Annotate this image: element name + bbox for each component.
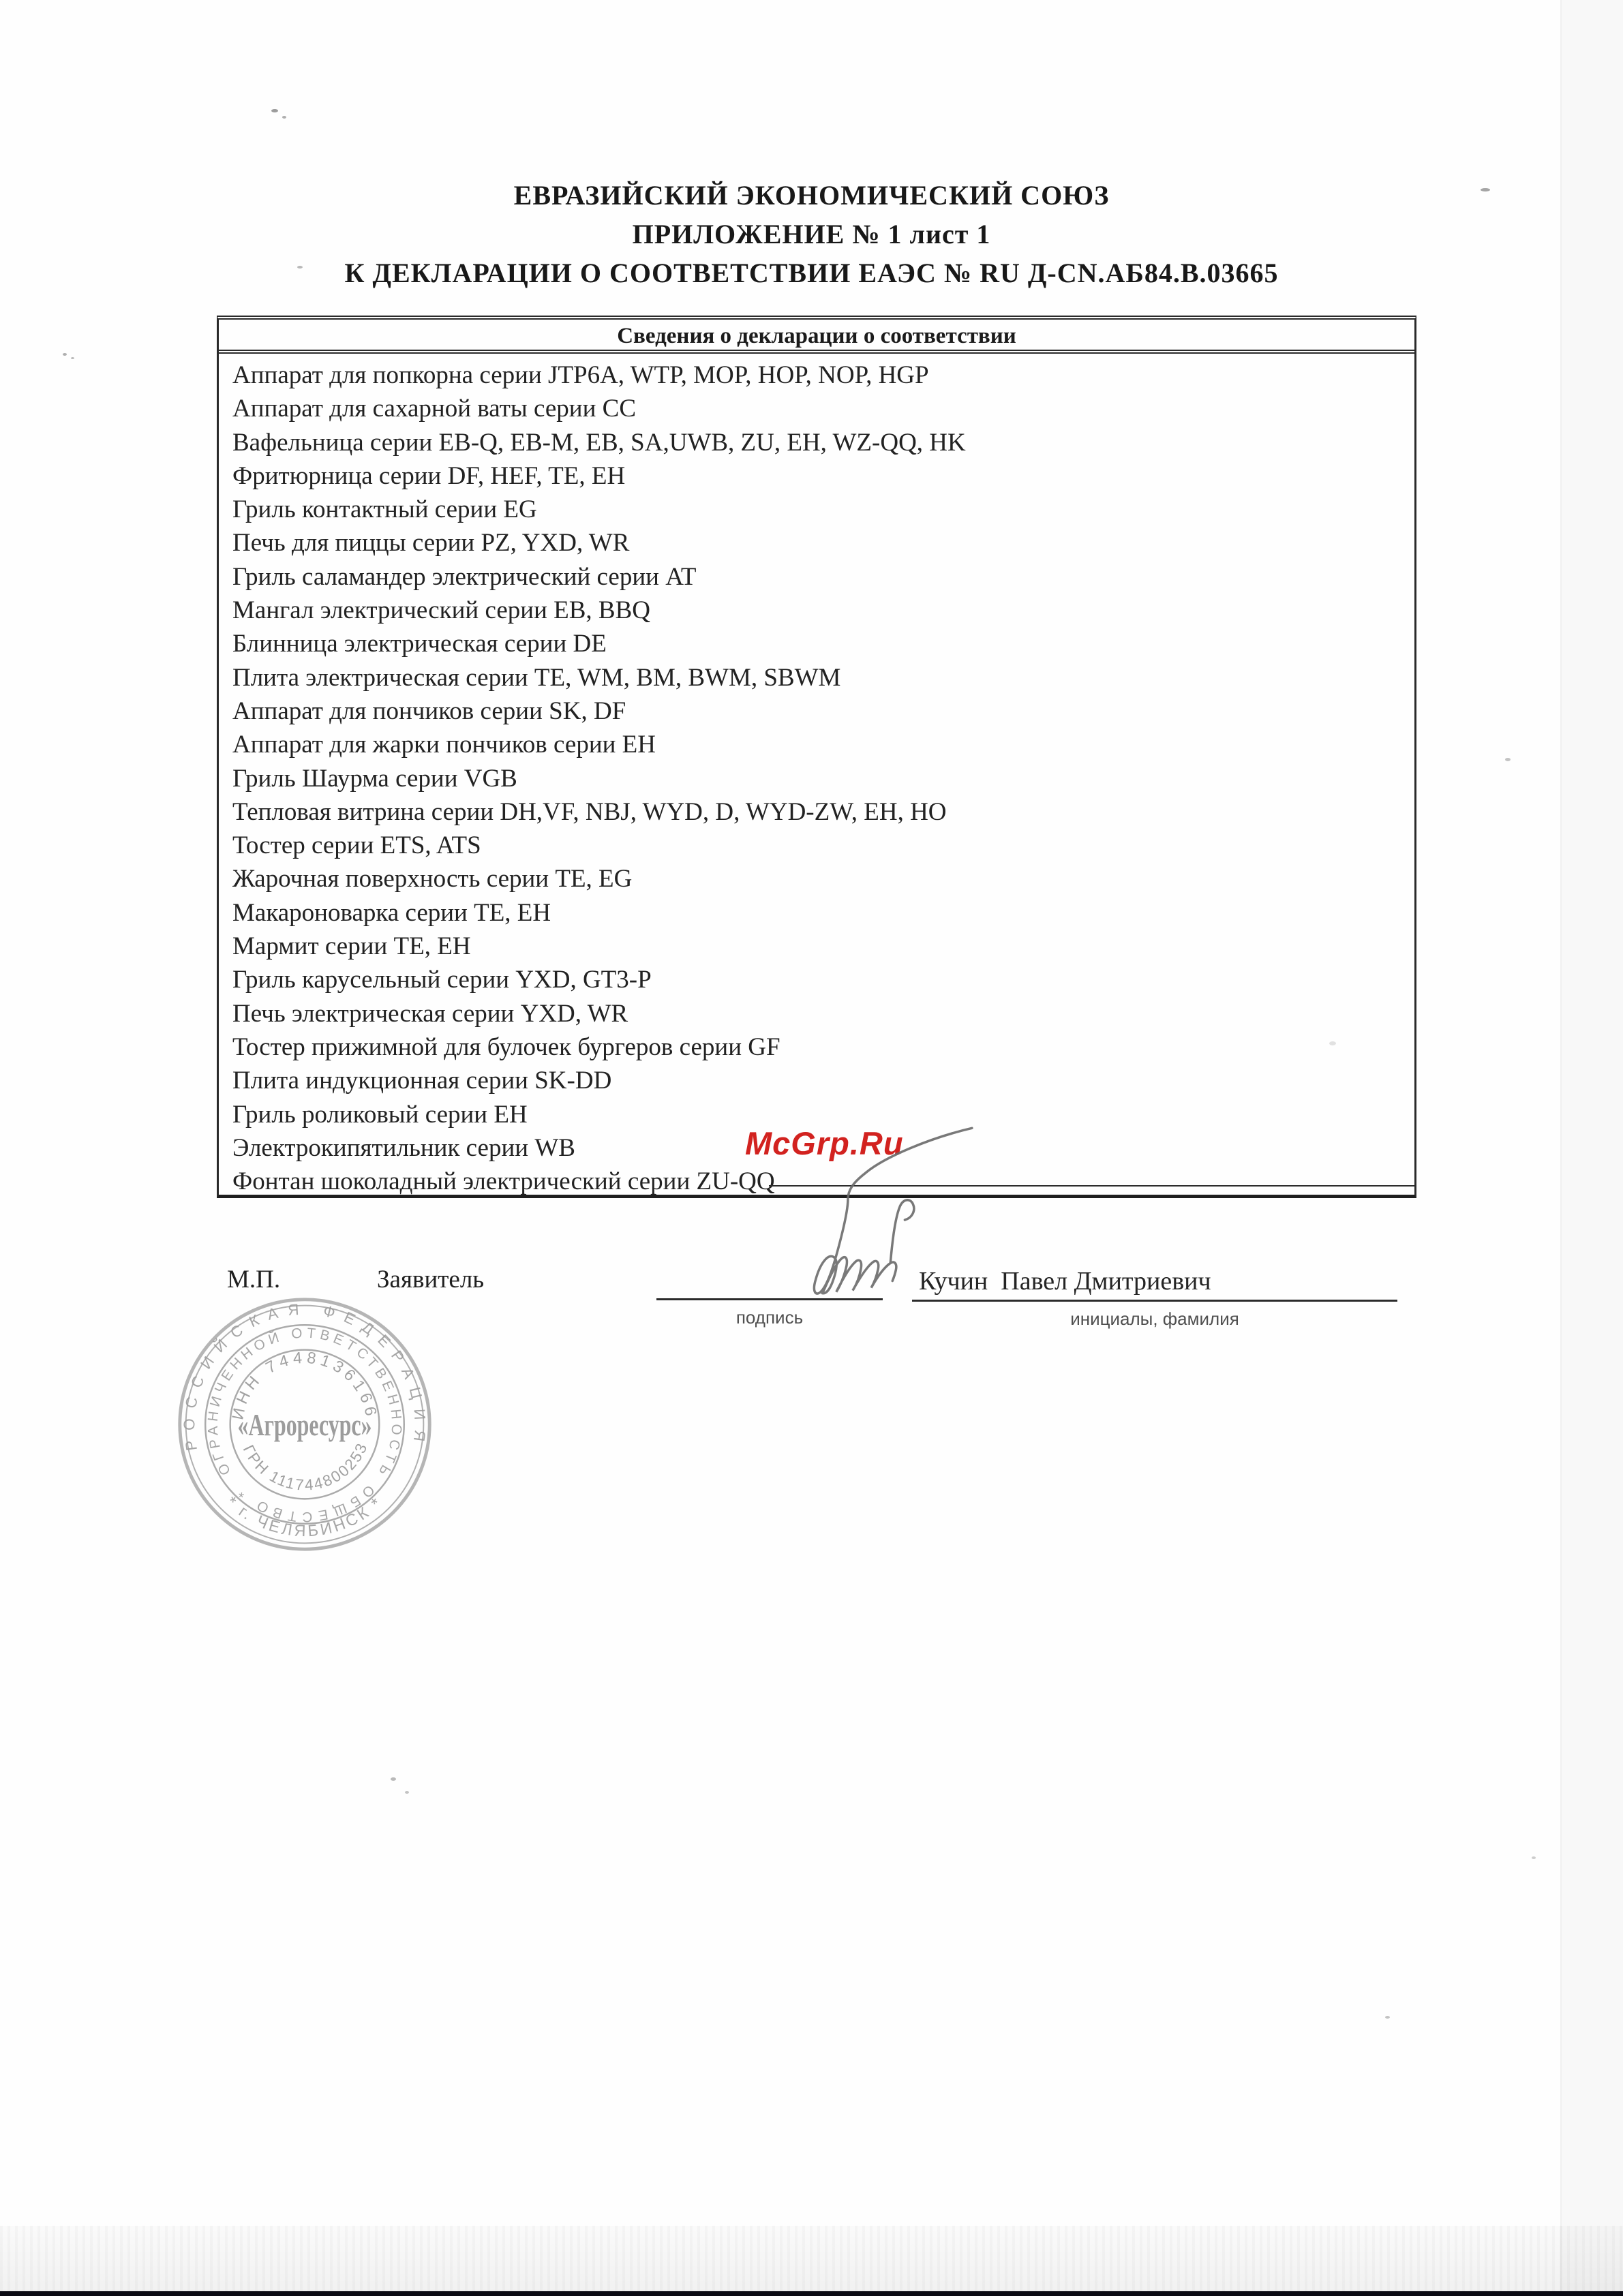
stamp-company-name: «Агроресурс»: [238, 1408, 372, 1442]
table-row: Гриль саламандер электрический серии AT: [232, 560, 1402, 594]
scan-speck: [1329, 1041, 1336, 1045]
table-row: Аппарат для жарки пончиков серии EH: [232, 728, 1402, 761]
table-row: Плита индукционная серии SK-DD: [232, 1064, 1402, 1097]
scan-speck: [1385, 2016, 1390, 2019]
scanned-declaration-page: ЕВРАЗИЙСКИЙ ЭКОНОМИЧЕСКИЙ СОЮЗ ПРИЛОЖЕНИ…: [0, 0, 1623, 2296]
declaration-table: Сведения о декларации о соответствии Апп…: [217, 316, 1416, 1198]
header-union-title: ЕВРАЗИЙСКИЙ ЭКОНОМИЧЕСКИЙ СОЮЗ: [0, 176, 1623, 215]
table-header: Сведения о декларации о соответствии: [219, 320, 1414, 354]
table-body: Аппарат для попкорна серии JTP6A, WTP, M…: [219, 354, 1414, 1198]
table-row: Вафельница серии EB-Q, EB-M, EB, SA,UWB,…: [232, 426, 1402, 459]
document-header: ЕВРАЗИЙСКИЙ ЭКОНОМИЧЕСКИЙ СОЮЗ ПРИЛОЖЕНИ…: [0, 176, 1623, 292]
table-row: Жарочная поверхность серии TE, EG: [232, 862, 1402, 896]
table-row: Гриль карусельный серии YXD, GT3-P: [232, 963, 1402, 996]
table-row: Гриль Шаурма серии VGB: [232, 762, 1402, 795]
scan-speck: [1481, 188, 1490, 192]
table-row: Печь для пиццы серии PZ, YXD, WR: [232, 526, 1402, 560]
table-row: Фритюрница серии DF, HEF, TE, EH: [232, 459, 1402, 493]
scan-speck: [297, 266, 303, 269]
header-annex-title: ПРИЛОЖЕНИЕ № 1 лист 1: [0, 215, 1623, 254]
scan-bottom-border: [0, 2291, 1623, 2296]
table-row: Гриль контактный серии EG: [232, 493, 1402, 526]
table-row: Печь электрическая серии YXD, WR: [232, 997, 1402, 1030]
name-caption: инициалы, фамилия: [912, 1308, 1397, 1330]
table-row: Макароноварка серии TE, EH: [232, 896, 1402, 930]
company-round-stamp: РОССИЙСКАЯ ФЕДЕРАЦИЯ * г. ЧЕЛЯБИНСК * С …: [170, 1290, 439, 1559]
scan-speck: [1532, 1856, 1536, 1859]
scan-speck: [1505, 758, 1511, 761]
table-row: Аппарат для попкорна серии JTP6A, WTP, M…: [232, 358, 1402, 392]
scan-bottom-band: [0, 2226, 1623, 2291]
name-line: [912, 1300, 1397, 1302]
scan-edge-shading: [1562, 0, 1623, 2296]
scan-speck: [63, 353, 67, 356]
scan-speck: [271, 109, 278, 112]
table-row: Аппарат для сахарной ваты серии CC: [232, 392, 1402, 425]
table-row: Тостер прижимной для булочек бургеров се…: [232, 1030, 1402, 1064]
applicant-name: Кучин Павел Дмитриевич: [919, 1266, 1211, 1296]
header-declaration-number: К ДЕКЛАРАЦИИ О СООТВЕТСТВИИ ЕАЭС № RU Д-…: [0, 254, 1623, 292]
signature-line: [656, 1298, 883, 1300]
scan-speck: [282, 116, 286, 119]
table-row: Тостер серии ETS, ATS: [232, 829, 1402, 862]
table-row: Тепловая витрина серии DH,VF, NBJ, WYD, …: [232, 795, 1402, 829]
table-row: Мармит серии TE, EH: [232, 930, 1402, 963]
table-row: Аппарат для пончиков серии SK, DF: [232, 694, 1402, 728]
scan-speck: [405, 1791, 409, 1794]
scan-speck: [391, 1777, 396, 1781]
table-row: Мангал электрический серии EB, BBQ: [232, 594, 1402, 627]
scan-speck: [71, 357, 74, 359]
signature-caption: подпись: [656, 1307, 883, 1328]
table-row: Блинница электрическая серии DE: [232, 627, 1402, 660]
table-row: Плита электрическая серии TE, WM, BM, BW…: [232, 661, 1402, 694]
